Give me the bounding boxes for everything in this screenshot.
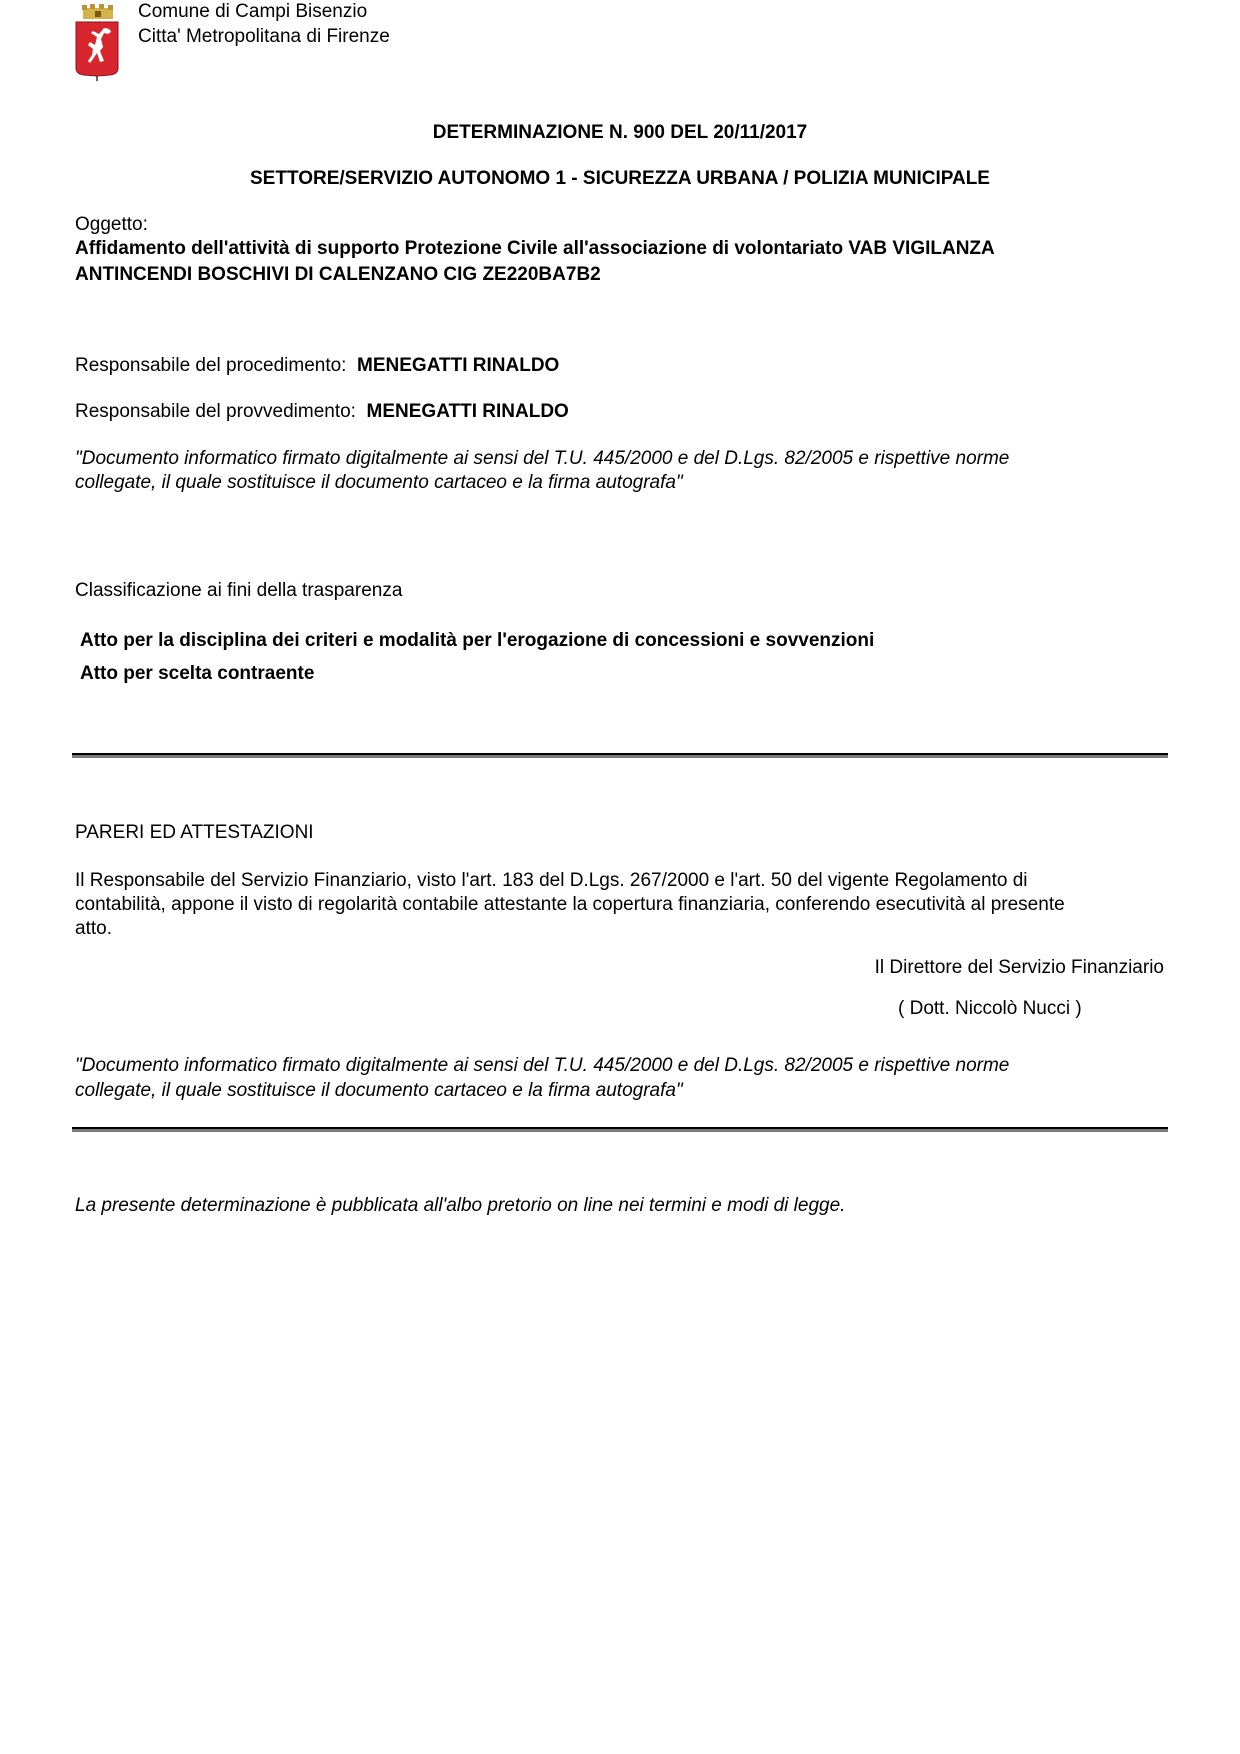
responsabile-provvedimento-name: MENEGATTI RINALDO (367, 401, 569, 422)
municipality-name: Comune di Campi Bisenzio (138, 2, 367, 21)
opinions-body-line-1: Il Responsabile del Servizio Finanziario… (75, 871, 1028, 890)
signer-name: ( Dott. Niccolò Nucci ) (898, 999, 1082, 1018)
page-title: DETERMINAZIONE N. 900 DEL 20/11/2017 (0, 123, 1240, 142)
classification-item: Atto per scelta contraente (80, 664, 314, 683)
sector-heading: SETTORE/SERVIZIO AUTONOMO 1 - SICUREZZA … (0, 169, 1240, 188)
responsabile-provvedimento-label: Responsabile del provvedimento: (75, 401, 356, 422)
classification-label: Classificazione ai fini della trasparenz… (75, 581, 402, 600)
responsabile-provvedimento: Responsabile del provvedimento: MENEGATT… (75, 402, 569, 421)
subject-line-1: Affidamento dell'attività di supporto Pr… (75, 239, 995, 258)
section-divider (72, 1127, 1168, 1132)
responsabile-procedimento-label: Responsabile del procedimento: (75, 355, 346, 376)
signature-note-2-line-1: "Documento informatico firmato digitalme… (75, 1056, 1009, 1075)
coat-of-arms-icon (74, 2, 120, 82)
opinions-body-line-2: contabilità, appone il visto di regolari… (75, 895, 1065, 914)
opinions-heading: PARERI ED ATTESTAZIONI (75, 823, 314, 842)
metro-city-name: Citta' Metropolitana di Firenze (138, 27, 390, 46)
signature-note-2-line-2: collegate, il quale sostituisce il docum… (75, 1081, 683, 1100)
publication-note: La presente determinazione è pubblicata … (75, 1196, 845, 1215)
subject-line-2: ANTINCENDI BOSCHIVI DI CALENZANO CIG ZE2… (75, 265, 601, 284)
subject-label: Oggetto: (75, 215, 148, 234)
signature-note-line-2: collegate, il quale sostituisce il docum… (75, 473, 683, 492)
signer-role: Il Direttore del Servizio Finanziario (875, 958, 1164, 977)
section-divider (72, 753, 1168, 758)
opinions-body-line-3: atto. (75, 919, 112, 938)
signature-note-line-1: "Documento informatico firmato digitalme… (75, 449, 1009, 468)
responsabile-procedimento-name: MENEGATTI RINALDO (357, 355, 559, 376)
classification-item: Atto per la disciplina dei criteri e mod… (80, 631, 874, 650)
responsabile-procedimento: Responsabile del procedimento: MENEGATTI… (75, 356, 559, 375)
